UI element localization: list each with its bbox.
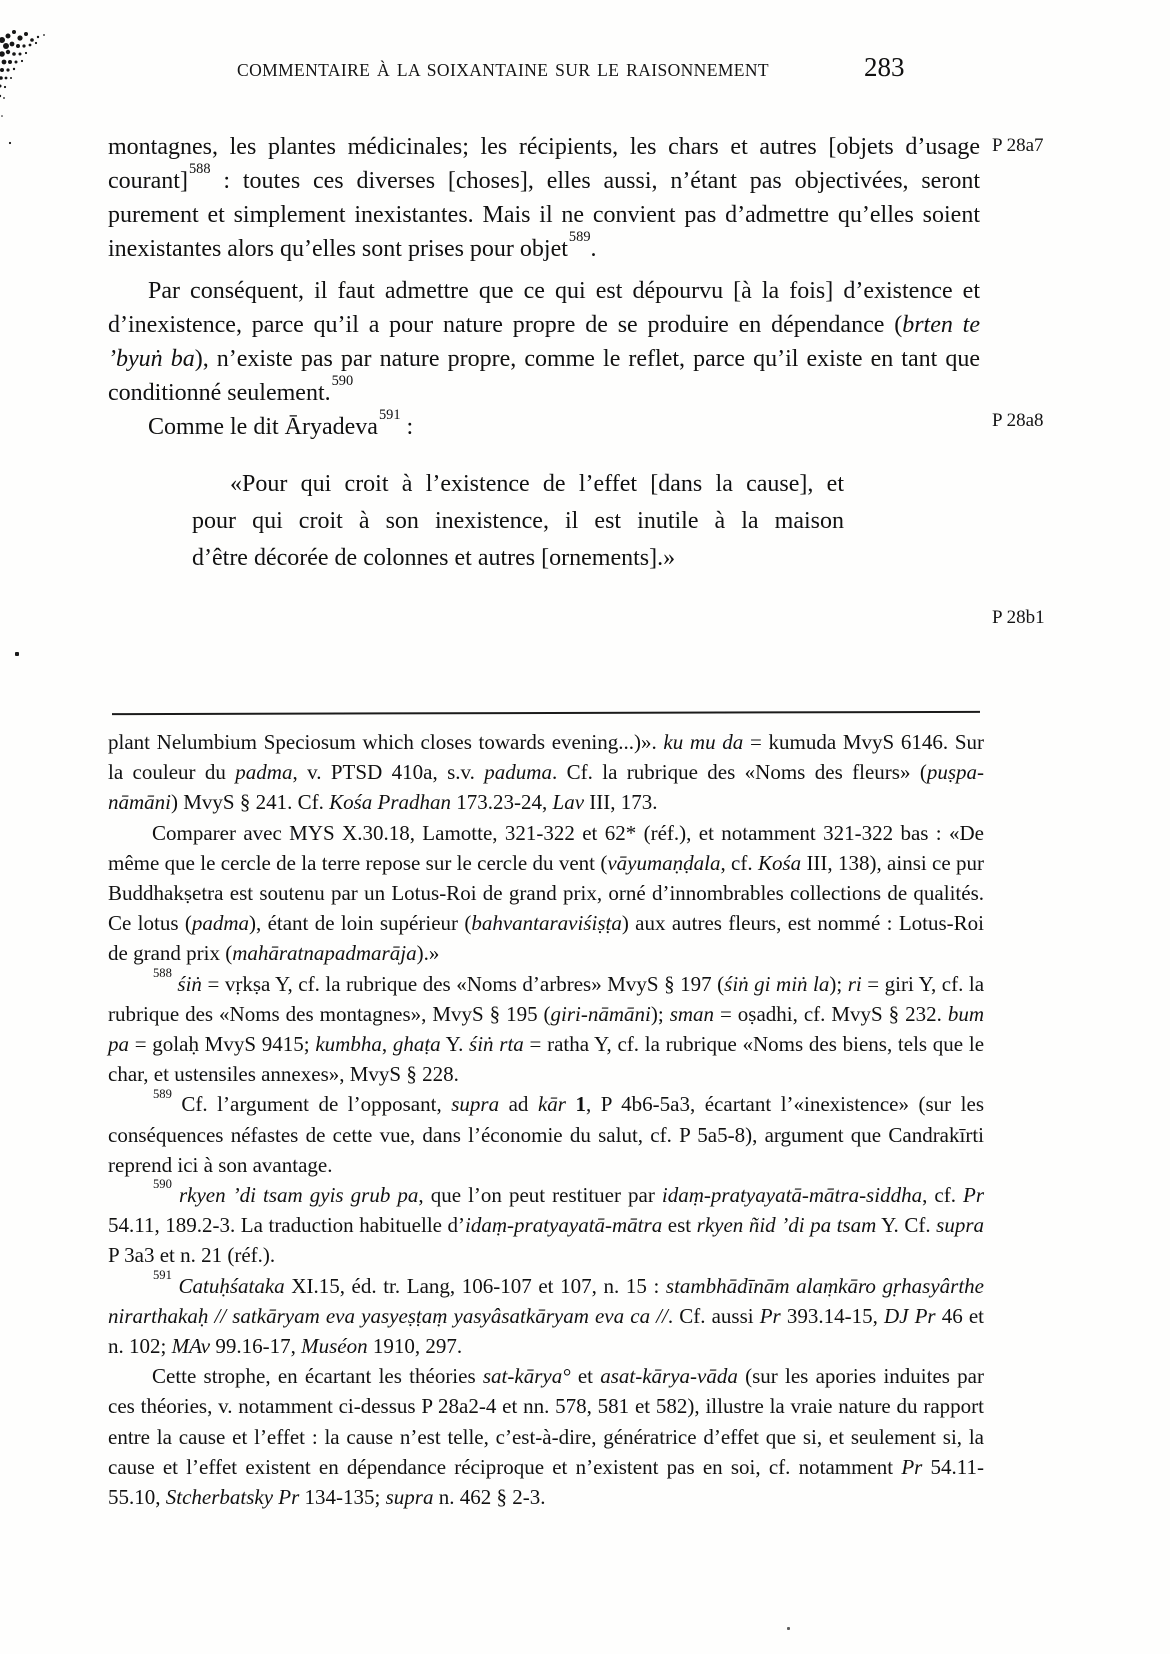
page-sheet: COMMENTAIRE À LA SOIXANTAINE SUR LE RAIS… xyxy=(0,0,1170,1654)
verse-quote-line-3: d’être décorée de colonnes et autres [or… xyxy=(192,540,844,577)
verse-quote-line-2: pour qui croit à son inexistence, il est… xyxy=(192,503,844,540)
body-paragraph-3: Comme le dit Āryadeva591 : xyxy=(108,410,980,444)
scan-artifact xyxy=(0,12,76,162)
footnote-continuation: plant Nelumbium Speciosum which closes t… xyxy=(108,727,984,818)
scan-speck-bottom xyxy=(787,1627,790,1630)
body-paragraph-2: Par conséquent, il faut admettre que ce … xyxy=(108,274,980,410)
running-header: COMMENTAIRE À LA SOIXANTAINE SUR LE RAIS… xyxy=(108,60,898,81)
footnote-590: 590 rkyen ’di tsam gyis grub pa, que l’o… xyxy=(108,1180,984,1271)
footnote-comment-paragraph: Cette strophe, en écartant les théories … xyxy=(108,1361,984,1512)
footnote-comparer-paragraph: Comparer avec MYS X.30.18, Lamotte, 321-… xyxy=(108,818,984,969)
margin-note-p28a7: P 28a7 xyxy=(992,135,1044,157)
verse-quote: «Pour qui croit à l’existence de l’effet… xyxy=(192,466,844,577)
running-header-title: COMMENTAIRE À LA SOIXANTAINE SUR LE RAIS… xyxy=(237,60,769,80)
body-paragraph-1: montagnes, les plantes médicinales; les … xyxy=(108,130,980,266)
footnote-589: 589 Cf. l’argument de l’opposant, supra … xyxy=(108,1089,984,1180)
margin-note-p28b1: P 28b1 xyxy=(992,607,1045,629)
scan-speck-left xyxy=(15,652,19,656)
footnote-588: 588 śiṅ = vṛkṣa Y, cf. la rubrique des «… xyxy=(108,969,984,1090)
footnote-separator xyxy=(112,711,980,715)
page-number: 283 xyxy=(864,52,905,83)
verse-quote-line-1: «Pour qui croit à l’existence de l’effet… xyxy=(192,466,844,503)
margin-note-p28a8: P 28a8 xyxy=(992,410,1044,432)
footnote-591: 591 Catuḥśataka XI.15, éd. tr. Lang, 106… xyxy=(108,1271,984,1362)
footnotes: plant Nelumbium Speciosum which closes t… xyxy=(108,727,984,1512)
body-text: montagnes, les plantes médicinales; les … xyxy=(108,130,980,577)
